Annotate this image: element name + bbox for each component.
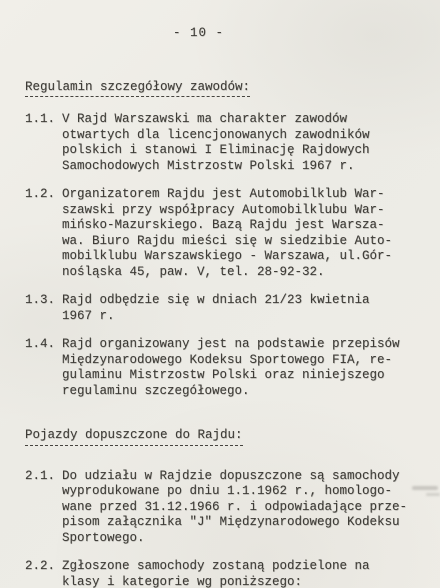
scan-smudge (426, 493, 440, 496)
page-number: - 10 - (0, 26, 397, 42)
clause-number: 2.1. (25, 469, 62, 547)
section-regulamin: Regulamin szczegółowy zawodów: 1.1. V Ra… (25, 80, 422, 400)
clause-text: Zgłoszone samochody zostaną podzielone n… (62, 559, 422, 588)
clause-text: V Rajd Warszawski ma charakter zawodów o… (62, 112, 422, 174)
clause-number: 2.2. (25, 559, 62, 588)
clause-number: 1.2. (25, 187, 62, 280)
clause-1-2: 1.2. Organizatorem Rajdu jest Automobilk… (25, 187, 422, 280)
clause-number: 1.1. (25, 112, 62, 174)
document-page: - 10 - Regulamin szczegółowy zawodów: 1.… (0, 0, 440, 588)
clause-1-1: 1.1. V Rajd Warszawski ma charakter zawo… (25, 112, 422, 174)
clause-2-2: 2.2. Zgłoszone samochody zostaną podziel… (25, 559, 422, 588)
section-heading-pojazdy: Pojazdy dopuszczone do Rajdu: (25, 428, 243, 446)
clause-text: Do udziału w Rajdzie dopuszczone są samo… (62, 469, 422, 547)
section-pojazdy: Pojazdy dopuszczone do Rajdu: 2.1. Do ud… (25, 412, 422, 588)
clause-1-4: 1.4. Rajd organizowany jest na podstawie… (25, 337, 422, 399)
clause-number: 1.3. (25, 293, 62, 324)
clause-text: Rajd organizowany jest na podstawie prze… (62, 337, 422, 399)
clause-text: Rajd odbędzie się w dniach 21/23 kwietni… (62, 293, 422, 324)
clause-1-3: 1.3. Rajd odbędzie się w dniach 21/23 kw… (25, 293, 422, 324)
section-heading-regulamin: Regulamin szczegółowy zawodów: (25, 80, 250, 98)
scan-smudge (412, 486, 438, 490)
clause-2-1: 2.1. Do udziału w Rajdzie dopuszczone są… (25, 469, 422, 547)
clause-number: 1.4. (25, 337, 62, 399)
clause-text: Organizatorem Rajdu jest Automobilklub W… (62, 187, 422, 280)
